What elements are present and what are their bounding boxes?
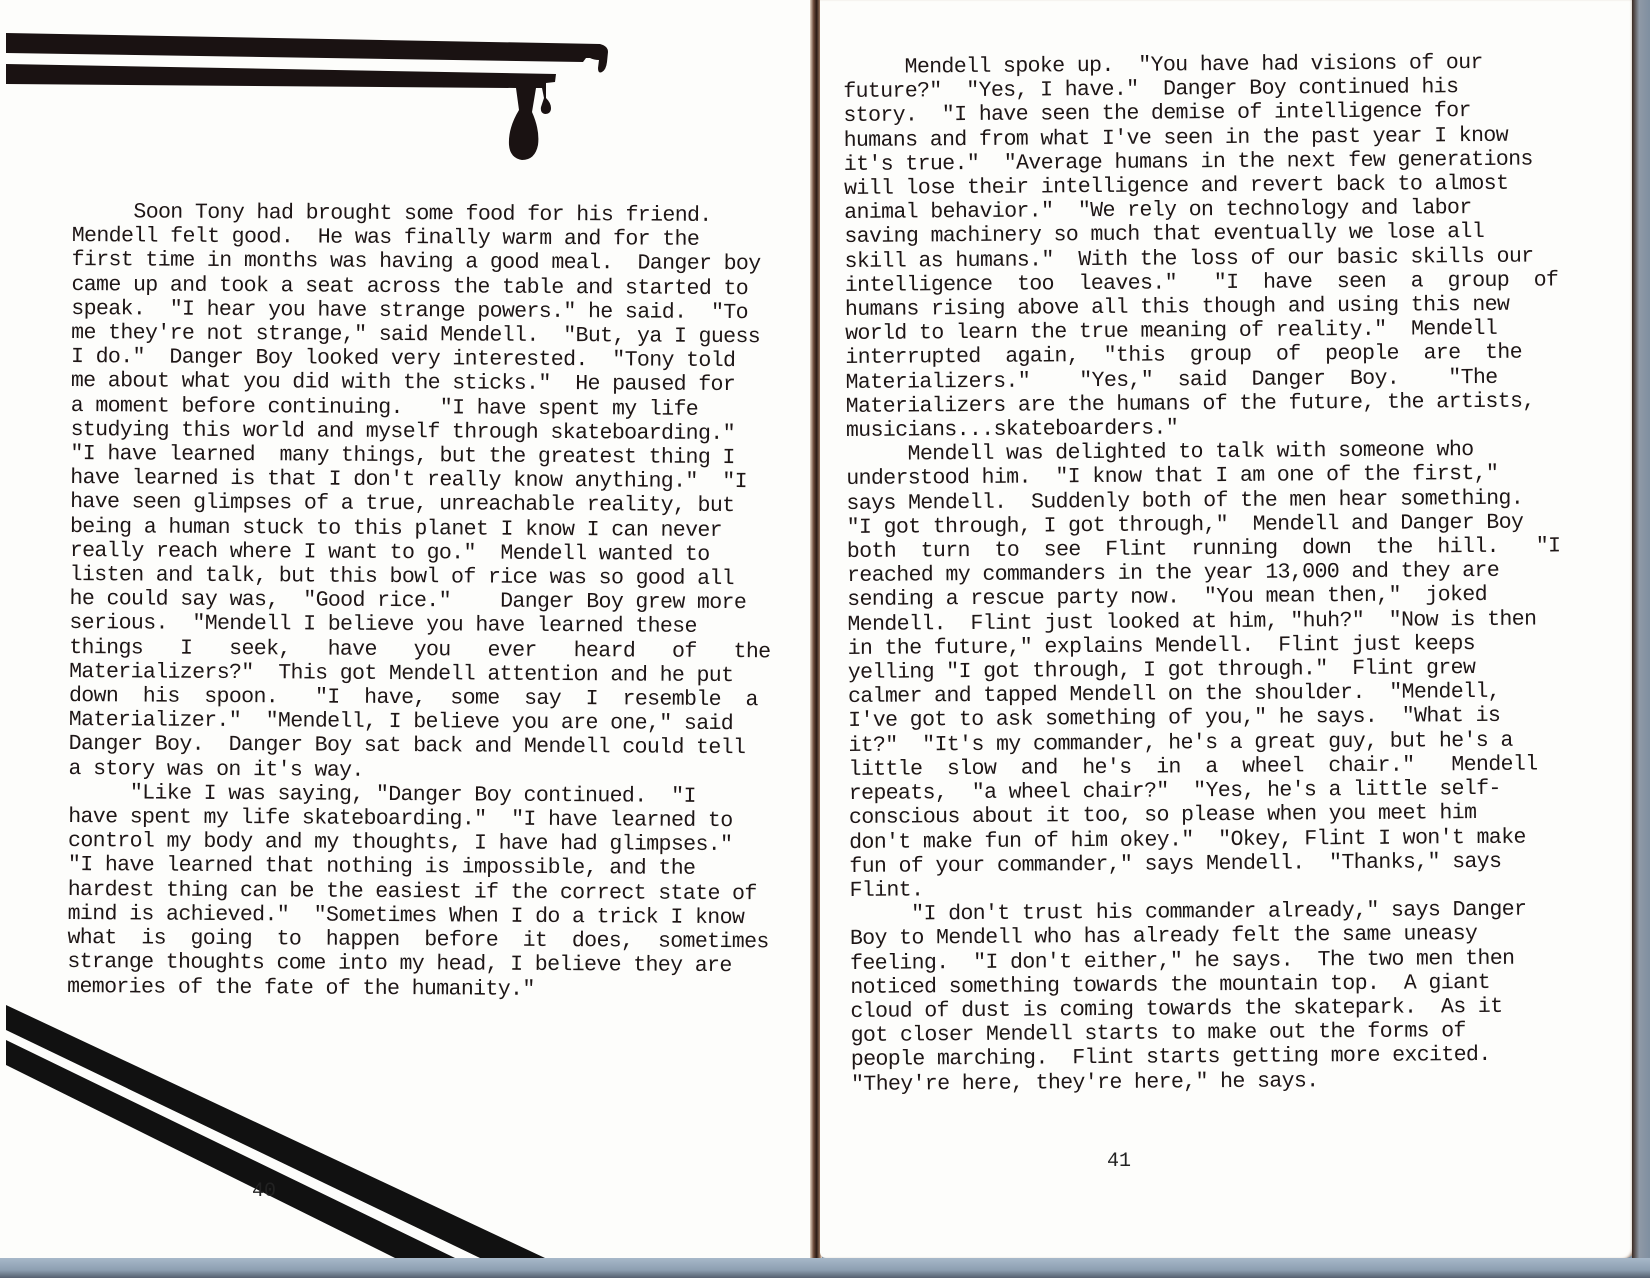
left-page-body: Soon Tony had brought some food for his … bbox=[67, 200, 773, 1003]
right-page: Mendell spoke up. "You have had visions … bbox=[820, 0, 1635, 1258]
text-line: first time in months was having a good m… bbox=[72, 248, 773, 276]
book-spread: Soon Tony had brought some food for his … bbox=[0, 0, 1650, 1278]
page-number-left: 40 bbox=[252, 1180, 276, 1203]
text-line: strange thoughts come into my head, I be… bbox=[67, 950, 768, 978]
scanner-bed-edge bbox=[0, 1258, 1650, 1278]
page-number-right: 41 bbox=[1107, 1150, 1131, 1173]
text-line: memories of the fate of the humanity." bbox=[67, 974, 768, 1002]
left-page: Soon Tony had brought some food for his … bbox=[0, 0, 815, 1268]
right-page-body: Mendell spoke up. "You have had visions … bbox=[843, 50, 1565, 1096]
text-line: "They're here, they're here," he says. bbox=[851, 1067, 1565, 1097]
book-cover-edge bbox=[1632, 0, 1650, 1278]
